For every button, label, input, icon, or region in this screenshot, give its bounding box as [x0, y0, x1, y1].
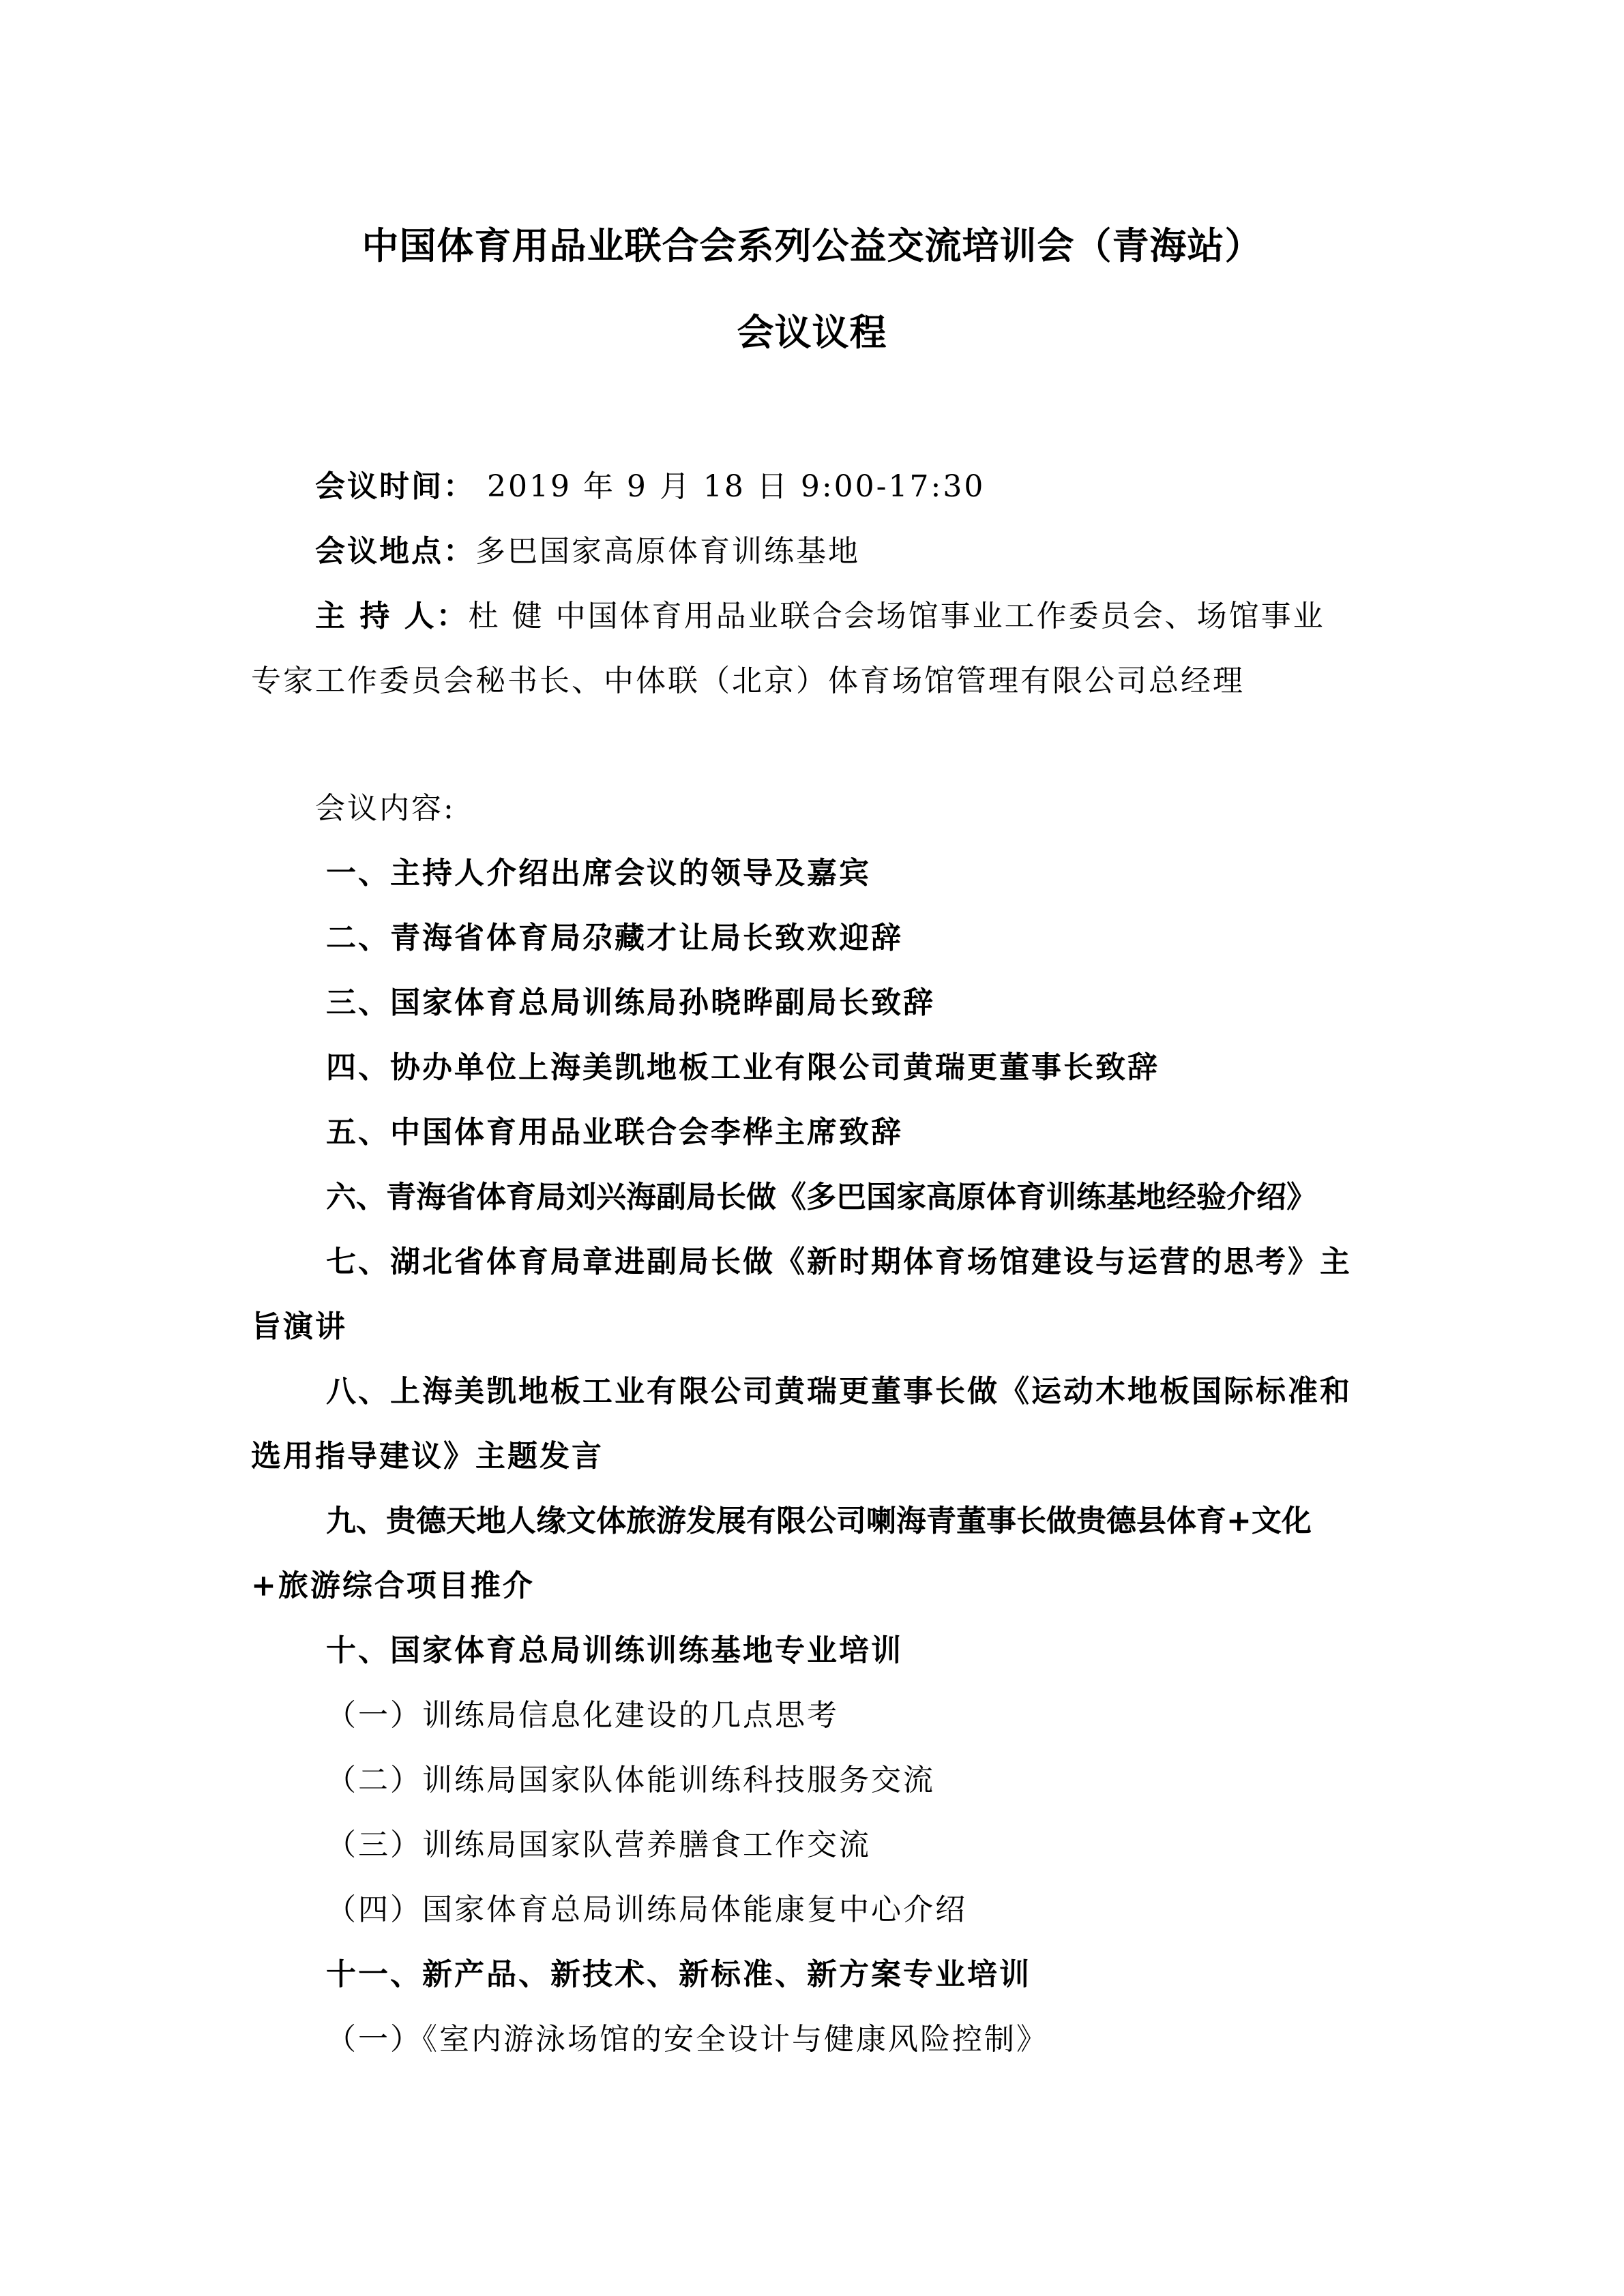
meeting-time: 会议时间： 2019 年 9 月 18 日 9:00-17:30 — [315, 468, 1387, 506]
agenda-item-8-line2: 选用指导建议》主题发言 — [251, 1437, 1387, 1476]
meeting-place-label: 会议地点： — [315, 534, 475, 569]
agenda-item-7-line2: 旨演讲 — [251, 1308, 1387, 1346]
document-subtitle: 会议议程 — [0, 303, 1624, 356]
agenda-item-7-line1: 七、湖北省体育局章进副局长做《新时期体育场馆建设与运营的思考》主 — [326, 1243, 1398, 1281]
document-page: 中国体育用品业联合会系列公益交流培训会（青海站） 会议议程 会议时间： 2019… — [0, 0, 1624, 2296]
agenda-subitem-11-1: （一）《室内游泳场馆的安全设计与健康风险控制》 — [326, 2021, 1398, 2059]
meeting-host-value-line2: 专家工作委员会秘书长、中体联（北京）体育场馆管理有限公司总经理 — [251, 662, 1387, 700]
meeting-time-label: 会议时间： — [315, 469, 475, 504]
agenda-item-6: 六、青海省体育局刘兴海副局长做《多巴国家高原体育训练基地经验介绍》 — [326, 1178, 1398, 1217]
agenda-item-1: 一、主持人介绍出席会议的领导及嘉宾 — [326, 854, 1398, 893]
agenda-item-2: 二、青海省体育局尕藏才让局长致欢迎辞 — [326, 919, 1398, 957]
agenda-item-9-line2: +旅游综合项目推介 — [251, 1567, 1387, 1605]
agenda-subitem-10-3: （三）训练局国家队营养膳食工作交流 — [326, 1826, 1398, 1864]
agenda-item-9-line1: 九、贵德天地人缘文体旅游发展有限公司喇海青董事长做贵德县体育+文化 — [326, 1502, 1398, 1540]
meeting-host-value-line1: 杜 健 中国体育用品业联合会场馆事业工作委员会、场馆事业 — [469, 599, 1325, 633]
meeting-place-value: 多巴国家高原体育训练基地 — [475, 534, 860, 569]
agenda-item-11: 十一、新产品、新技术、新标准、新方案专业培训 — [326, 1956, 1398, 1994]
meeting-time-value: 2019 年 9 月 18 日 9:00-17:30 — [475, 469, 985, 504]
agenda-subitem-10-1: （一）训练局信息化建设的几点思考 — [326, 1697, 1398, 1735]
document-title: 中国体育用品业联合会系列公益交流培训会（青海站） — [0, 217, 1624, 269]
agenda-item-4: 四、协办单位上海美凯地板工业有限公司黄瑞更董事长致辞 — [326, 1049, 1398, 1087]
meeting-host-label: 主 持 人： — [315, 599, 469, 633]
agenda-subitem-10-2: （二）训练局国家队体能训练科技服务交流 — [326, 1761, 1398, 1800]
content-label: 会议内容: — [315, 790, 1387, 828]
agenda-item-8-line1: 八、上海美凯地板工业有限公司黄瑞更董事长做《运动木地板国际标准和 — [326, 1373, 1398, 1411]
agenda-item-3: 三、国家体育总局训练局孙晓晔副局长致辞 — [326, 984, 1398, 1022]
meeting-host: 主 持 人：杜 健 中国体育用品业联合会场馆事业工作委员会、场馆事业 — [315, 597, 1387, 636]
agenda-item-10: 十、国家体育总局训练训练基地专业培训 — [326, 1632, 1398, 1670]
agenda-subitem-10-4: （四）国家体育总局训练局体能康复中心介绍 — [326, 1891, 1398, 1929]
meeting-place: 会议地点：多巴国家高原体育训练基地 — [315, 533, 1387, 571]
agenda-item-5: 五、中国体育用品业联合会李桦主席致辞 — [326, 1114, 1398, 1152]
